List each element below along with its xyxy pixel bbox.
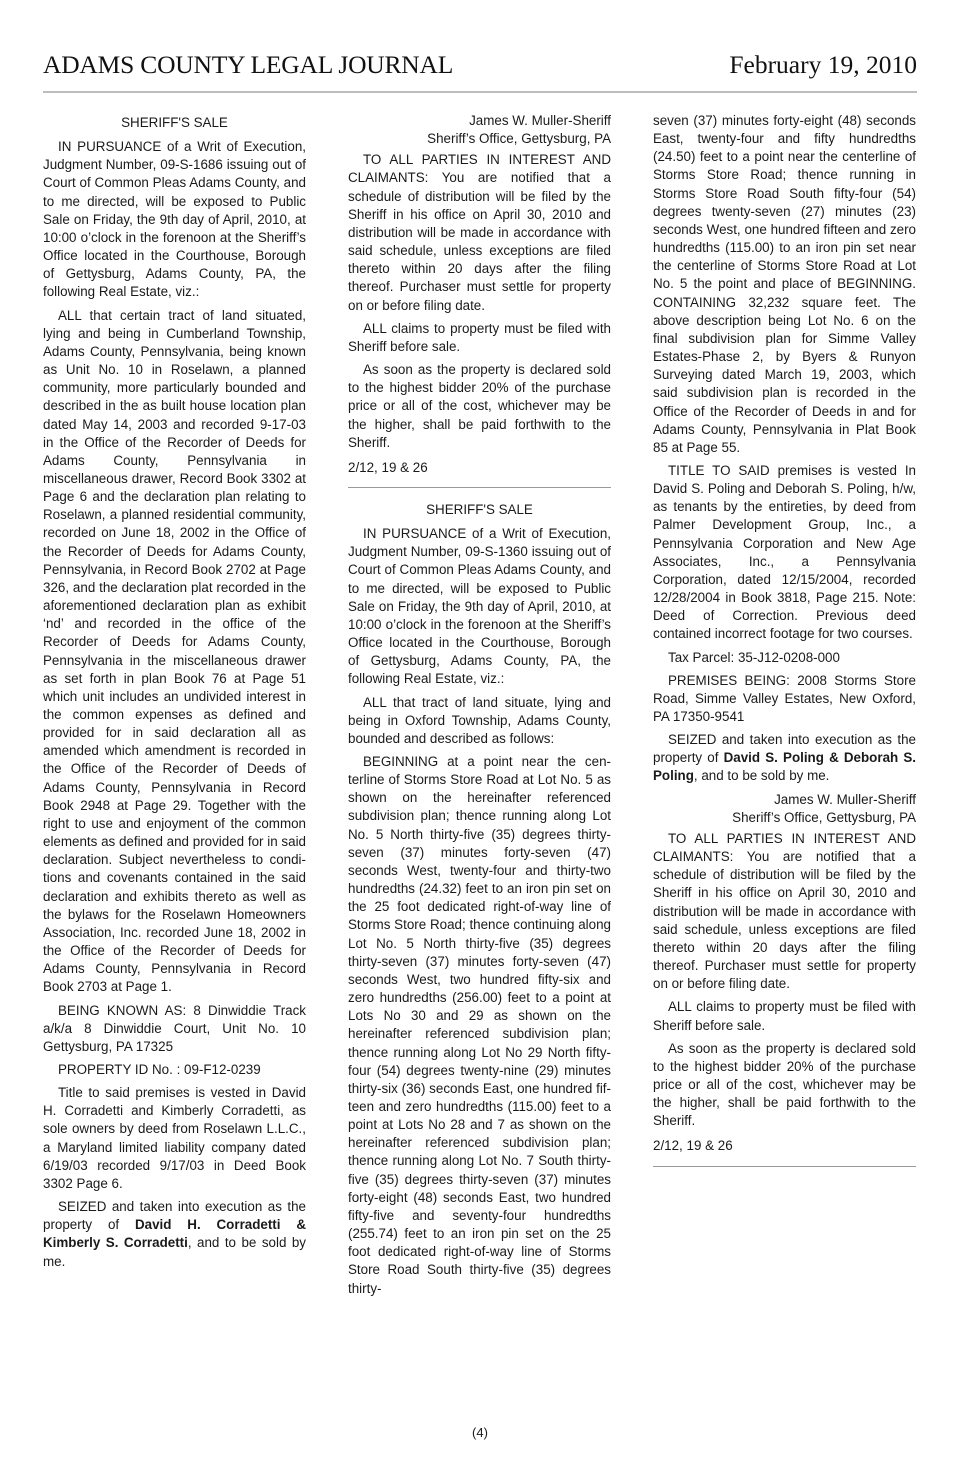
notice-2-run-dates: 2/12, 19 & 26 — [653, 1137, 916, 1155]
column-1: SHERIFF'S SALE IN PURSUANCE of a Writ of… — [43, 112, 306, 1276]
notice-1-heading: SHERIFF'S SALE — [43, 114, 306, 132]
notice-1-sheriff-office: Sheriff’s Office, Gettysburg, PA — [348, 130, 611, 148]
notice-divider — [348, 487, 611, 488]
page-number: (4) — [0, 1425, 960, 1440]
notice-1-sheriff-name: James W. Muller-Sheriff — [348, 112, 611, 130]
notice-2-metes-and-bounds: BEGINNING at a point near the cen­terlin… — [348, 753, 611, 1298]
column-2: James W. Muller-Sheriff Sheriff’s Office… — [348, 112, 611, 1303]
notice-2-metes-and-bounds-continued: seven (37) minutes forty-eight (48) sec­… — [653, 112, 916, 457]
notice-2-tax-parcel: Tax Parcel: 35-J12-0208-000 — [653, 649, 916, 667]
notice-2-seized: SEIZED and taken into execution as the p… — [653, 731, 916, 785]
publication-title: ADAMS COUNTY LEGAL JOURNAL — [43, 50, 453, 80]
notice-1-pursuance: IN PURSUANCE of a Writ of Execution, Jud… — [43, 138, 306, 301]
masthead: ADAMS COUNTY LEGAL JOURNAL February 19, … — [43, 50, 917, 86]
notice-1-being-known-as: BEING KNOWN AS: 8 Dinwiddie Track a/k/a … — [43, 1002, 306, 1056]
notice-1-payment: As soon as the property is declared sold… — [348, 361, 611, 452]
notice-2-sheriff-name: James W. Muller-Sheriff — [653, 791, 916, 809]
notice-2-parties-notice: TO ALL PARTIES IN INTEREST AND CLAIMANTS… — [653, 830, 916, 993]
notice-1-run-dates: 2/12, 19 & 26 — [348, 459, 611, 477]
issue-date: February 19, 2010 — [729, 50, 917, 80]
seized-suffix: , and to be sold by me. — [694, 768, 829, 783]
notice-1-parties-notice: TO ALL PARTIES IN INTEREST AND CLAIMANTS… — [348, 151, 611, 314]
notice-2-title-vesting: TITLE TO SAID premises is vested In Davi… — [653, 462, 916, 644]
notice-end-divider — [653, 1166, 916, 1167]
notice-2-payment: As soon as the property is declared sold… — [653, 1040, 916, 1131]
notice-2-premises: PREMISES BEING: 2008 Storms Store Road, … — [653, 672, 916, 726]
notice-1-title-vesting: Title to said premises is vested in Davi… — [43, 1084, 306, 1193]
column-3: seven (37) minutes forty-eight (48) sec­… — [653, 112, 916, 1180]
notice-1-description: ALL that certain tract of land situated,… — [43, 307, 306, 997]
notice-2-claims: ALL claims to property must be filed wit… — [653, 998, 916, 1034]
notice-1-claims: ALL claims to property must be filed wit… — [348, 320, 611, 356]
notice-2-description-intro: ALL that tract of land situate, lying an… — [348, 694, 611, 748]
notice-2-sheriff-office: Sheriff’s Office, Gettysburg, PA — [653, 809, 916, 827]
header-divider — [43, 91, 917, 93]
notice-2-pursuance: IN PURSUANCE of a Writ of Execution, Jud… — [348, 525, 611, 688]
notice-1-seized: SEIZED and taken into execution as the p… — [43, 1198, 306, 1271]
notice-2-heading: SHERIFF'S SALE — [348, 501, 611, 519]
notice-1-property-id: PROPERTY ID No. : 09-F12-0239 — [43, 1061, 306, 1079]
